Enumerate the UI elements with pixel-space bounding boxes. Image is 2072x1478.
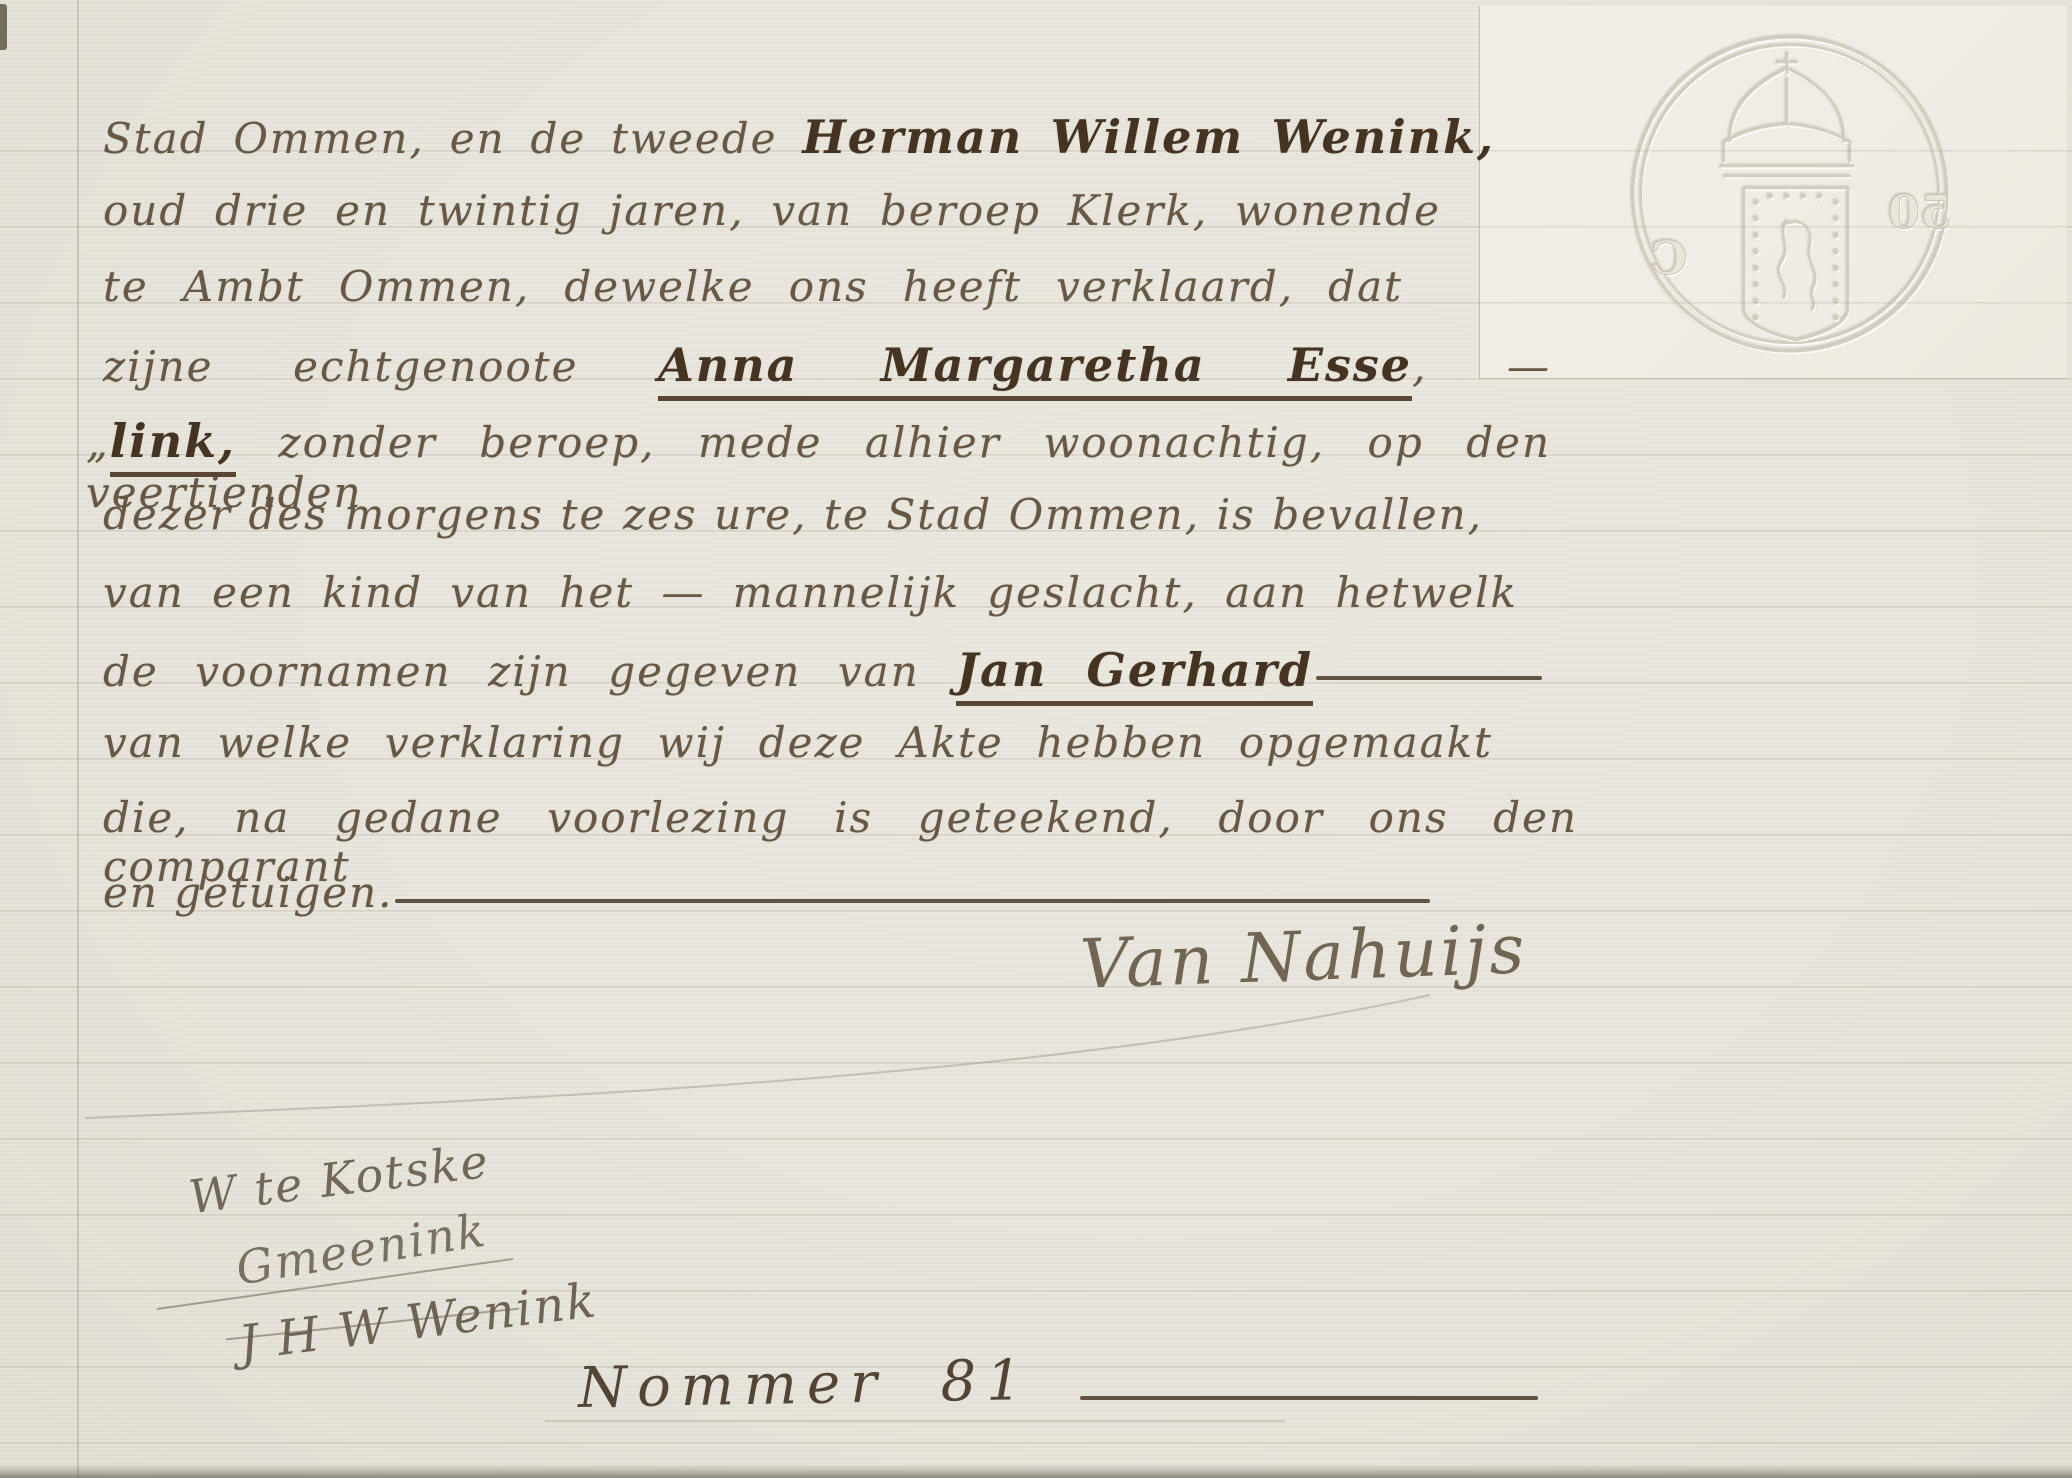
record-line-3: te Ambt Ommen, dewelke ons heeft verklaa… [103, 262, 1403, 311]
document-page: 50 C Stad Ommen, en de tweede Herman Wil… [0, 0, 2072, 1478]
line-4-dash: , — [1412, 342, 1551, 391]
line-2-text: oud drie en twintig jaren, van beroep Kl… [103, 186, 1441, 235]
seal-letter: C [1651, 231, 1688, 285]
line-6-text: dezer des morgens te zes ure, te Stad Om… [103, 490, 1483, 539]
record-line-1: Stad Ommen, en de tweede Herman Willem W… [103, 110, 1495, 164]
record-line-4: zijne echtgenoote Anna Margaretha Esse, … [103, 338, 1551, 392]
faint-baseline [545, 1420, 1285, 1422]
record-line-8: de voornamen zijn gegeven van Jan Gerhar… [103, 643, 1313, 697]
record-line-6: dezer des morgens te zes ure, te Stad Om… [103, 490, 1483, 539]
line-4-text: zijne echtgenoote [103, 342, 658, 391]
record-line-11: en getuigen. [103, 868, 394, 917]
witness-signature-2: Gmeenink [232, 1203, 490, 1296]
line-5-quote: „ [86, 418, 110, 467]
line-7-text: van een kind van het — mannelijk geslach… [103, 568, 1518, 617]
mother-name: Anna Margaretha Esse [658, 338, 1412, 401]
scan-edge-mark [0, 4, 7, 50]
line-8-text: de voornamen zijn gegeven van [103, 647, 956, 696]
margin-line [77, 0, 79, 1478]
embossed-revenue-seal: 50 C [1620, 24, 1960, 364]
line-3-text: te Ambt Ommen, dewelke ons heeft verklaa… [103, 262, 1403, 311]
record-line-7: van een kind van het — mannelijk geslach… [103, 568, 1518, 617]
seal-value: 50 [1888, 185, 1952, 239]
rule-after-child-name [1316, 676, 1542, 680]
closing-rule [395, 899, 1430, 903]
line-11-text: en getuigen. [103, 868, 394, 917]
seal-shield-icon [1744, 188, 1848, 340]
number-rule [1080, 1396, 1538, 1400]
declarant-name: Herman Willem Wenink, [802, 110, 1495, 164]
line-9-text: van welke verklaring wij deze Akte hebbe… [103, 718, 1493, 767]
bottom-edge-shadow [0, 1464, 2072, 1478]
record-line-2: oud drie en twintig jaren, van beroep Kl… [103, 186, 1441, 235]
record-number: Nommer 81 [577, 1348, 1032, 1421]
record-line-9: van welke verklaring wij deze Akte hebbe… [103, 718, 1493, 767]
registrar-signature: Van Nahuijs [1079, 910, 1529, 1005]
child-name: Jan Gerhard [956, 643, 1313, 706]
seal-lion-icon [1779, 220, 1816, 310]
line-1-text: Stad Ommen, en de tweede [103, 114, 802, 163]
seal-crown-icon [1720, 52, 1854, 176]
